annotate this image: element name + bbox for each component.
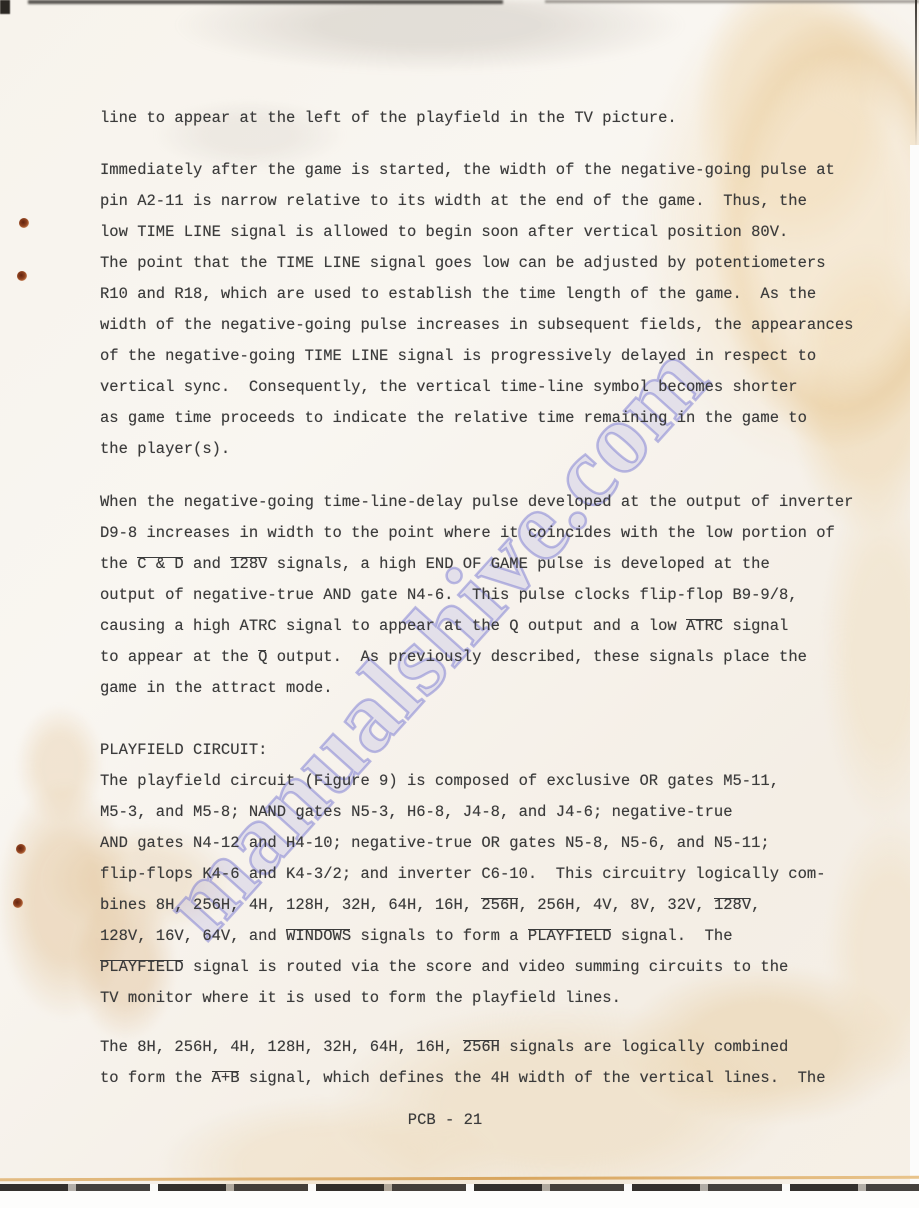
paragraph: When the negative-going time-line-delay … bbox=[100, 487, 860, 704]
red-ink-dot bbox=[13, 898, 23, 908]
red-ink-dot bbox=[17, 271, 27, 281]
text-line: The 8H, 256H, 4H, 128H, 32H, 64H, 16H, 2… bbox=[100, 1032, 860, 1063]
overlined-signal: ATRC bbox=[686, 617, 723, 635]
overlined-signal: 128V bbox=[230, 555, 267, 573]
text-line: bines 8H, 256H, 4H, 128H, 32H, 64H, 16H,… bbox=[100, 890, 860, 921]
paragraph: The 8H, 256H, 4H, 128H, 32H, 64H, 16H, 2… bbox=[100, 1032, 860, 1094]
text-line: vertical sync. Consequently, the vertica… bbox=[100, 372, 860, 403]
section-heading: PLAYFIELD CIRCUIT: bbox=[100, 735, 860, 766]
scanner-background-strip bbox=[910, 145, 919, 1185]
page-number: PCB - 21 bbox=[100, 1105, 790, 1136]
paragraph: line to appear at the left of the playfi… bbox=[100, 103, 860, 134]
text-line: M5-3, and M5-8; NAND gates N5-3, H6-8, J… bbox=[100, 797, 860, 828]
scan-corner-artifact bbox=[0, 0, 10, 14]
scan-edge-artifact bbox=[28, 0, 503, 4]
text-line: low TIME LINE signal is allowed to begin… bbox=[100, 217, 860, 248]
overlined-signal: C & D bbox=[137, 555, 184, 573]
text-line: of the negative-going TIME LINE signal i… bbox=[100, 341, 860, 372]
text-line: output of negative-true AND gate N4-6. T… bbox=[100, 580, 860, 611]
overlined-signal: 128V bbox=[714, 896, 751, 914]
text-line: AND gates N4-12 and H4-10; negative-true… bbox=[100, 828, 860, 859]
scan-edge-artifact bbox=[0, 1184, 919, 1191]
text-line: When the negative-going time-line-delay … bbox=[100, 487, 860, 518]
page-bottom-edge bbox=[0, 1176, 919, 1181]
red-ink-dot bbox=[19, 218, 29, 228]
overlined-signal: PLAYFIELD bbox=[100, 958, 184, 976]
scan-edge-artifact bbox=[915, 0, 917, 150]
text-line: Immediately after the game is started, t… bbox=[100, 155, 860, 186]
text-line: the C & D and 128V signals, a high END O… bbox=[100, 549, 860, 580]
overlined-signal: 256H bbox=[481, 896, 518, 914]
paragraph: The playfield circuit (Figure 9) is comp… bbox=[100, 766, 860, 1014]
text-line: R10 and R18, which are used to establish… bbox=[100, 279, 860, 310]
text-line: to form the A+B signal, which defines th… bbox=[100, 1063, 860, 1094]
scan-edge-artifact bbox=[545, 0, 919, 3]
text-line: D9-8 increases in width to the point whe… bbox=[100, 518, 860, 549]
text-line: TV monitor where it is used to form the … bbox=[100, 983, 860, 1014]
text-line: causing a high ATRC signal to appear at … bbox=[100, 611, 860, 642]
text-line: flip-flops K4-6 and K4-3/2; and inverter… bbox=[100, 859, 860, 890]
text-line: PLAYFIELD signal is routed via the score… bbox=[100, 952, 860, 983]
text-line: The playfield circuit (Figure 9) is comp… bbox=[100, 766, 860, 797]
scanned-manual-page: manualshive.com line to appear at the le… bbox=[0, 0, 919, 1208]
page-body-text: line to appear at the left of the playfi… bbox=[100, 103, 860, 1136]
text-line: to appear at the Q output. As previously… bbox=[100, 642, 860, 673]
text-line: 128V, 16V, 64V, and WINDOWS signals to f… bbox=[100, 921, 860, 952]
red-ink-dot bbox=[16, 844, 26, 854]
text-line: game in the attract mode. bbox=[100, 673, 860, 704]
text-line: pin A2-11 is narrow relative to its widt… bbox=[100, 186, 860, 217]
overlined-signal: PLAYFIELD bbox=[528, 927, 612, 945]
scanner-background-strip bbox=[0, 1191, 919, 1208]
text-line: The point that the TIME LINE signal goes… bbox=[100, 248, 860, 279]
paragraph: Immediately after the game is started, t… bbox=[100, 155, 860, 465]
text-line: width of the negative-going pulse increa… bbox=[100, 310, 860, 341]
overlined-signal: 256H bbox=[463, 1038, 500, 1056]
text-line: the player(s). bbox=[100, 434, 860, 465]
overlined-signal: WINDOWS bbox=[286, 927, 351, 945]
overlined-signal: Q bbox=[258, 648, 267, 666]
overlined-signal: A+B bbox=[212, 1069, 240, 1087]
text-line: as game time proceeds to indicate the re… bbox=[100, 403, 860, 434]
text-line: line to appear at the left of the playfi… bbox=[100, 103, 860, 134]
